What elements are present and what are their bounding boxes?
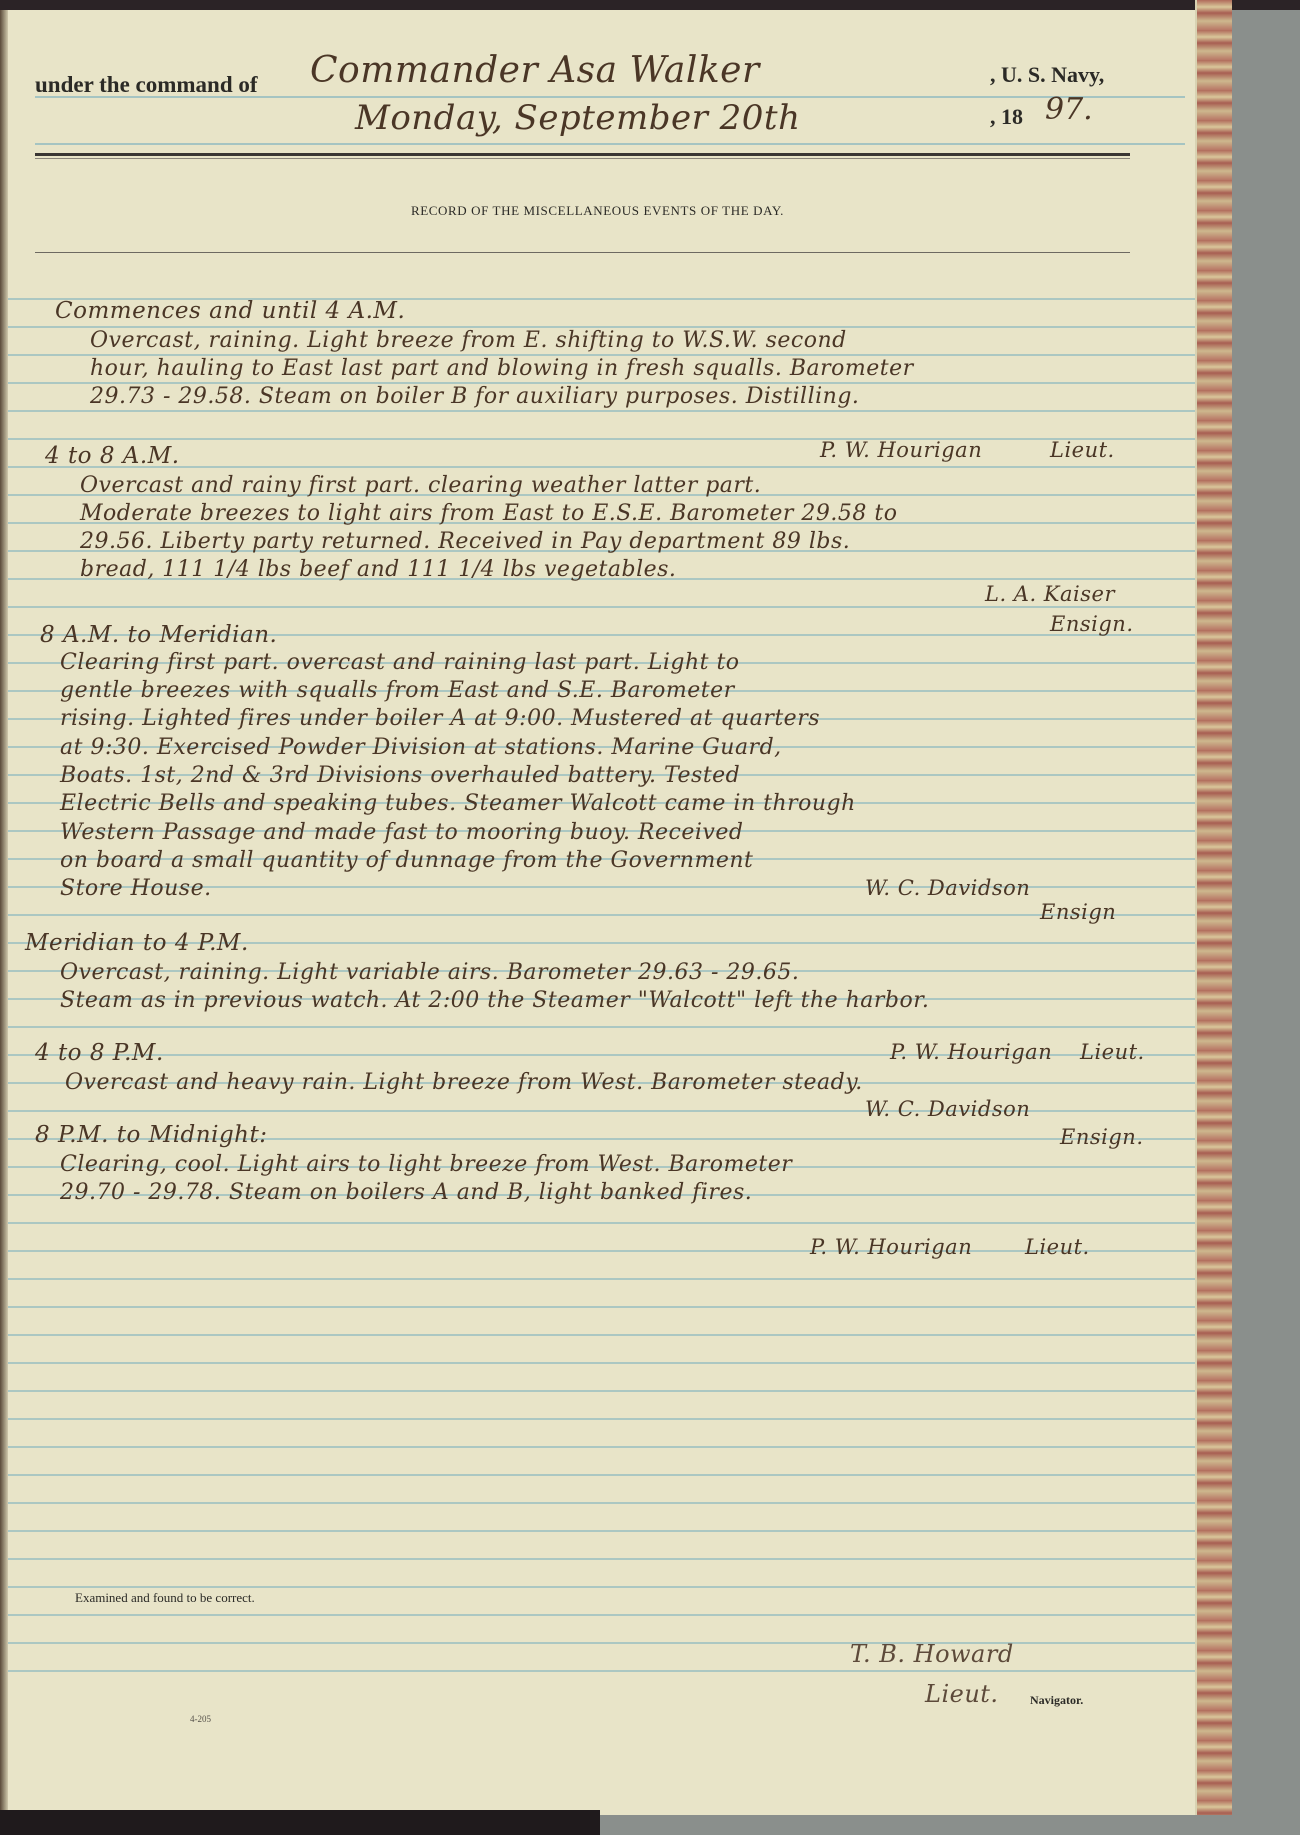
log-line: Western Passage and made fast to mooring… bbox=[60, 820, 743, 845]
section-rule bbox=[35, 252, 1130, 253]
officer-signature: W. C. Davidson bbox=[865, 1097, 1030, 1121]
log-line: Clearing first part. overcast and rainin… bbox=[60, 650, 740, 675]
section-title: RECORD OF THE MISCELLANEOUS EVENTS OF TH… bbox=[0, 203, 1195, 219]
log-line: Overcast, raining. Light variable airs. … bbox=[60, 960, 799, 985]
marbled-page-edge bbox=[1195, 0, 1232, 1815]
service-label: , U. S. Navy, bbox=[990, 62, 1104, 88]
year-suffix: 97. bbox=[1045, 92, 1093, 127]
header-double-rule bbox=[35, 153, 1130, 159]
examined-label: Examined and found to be correct. bbox=[75, 1590, 255, 1606]
watch-heading: Meridian to 4 P.M. bbox=[25, 930, 249, 956]
page-footer-area bbox=[0, 1690, 1195, 1815]
officer-rank: Ensign. bbox=[1060, 1125, 1144, 1149]
log-line: Clearing, cool. Light airs to light bree… bbox=[60, 1152, 792, 1177]
log-line: Moderate breezes to light airs from East… bbox=[80, 501, 897, 526]
book-cover-edge bbox=[0, 0, 1300, 10]
log-line: Overcast, raining. Light breeze from E. … bbox=[90, 328, 847, 353]
log-line: gentle breezes with squalls from East an… bbox=[60, 678, 735, 703]
commander-name: Commander Asa Walker bbox=[310, 50, 760, 91]
officer-rank: Lieut. bbox=[1025, 1235, 1090, 1259]
officer-rank: Lieut. bbox=[1050, 438, 1115, 462]
log-line: Boats. 1st, 2nd & 3rd Divisions overhaul… bbox=[60, 763, 740, 788]
officer-signature: W. C. Davidson bbox=[865, 876, 1030, 900]
officer-signature: P. W. Hourigan bbox=[890, 1040, 1052, 1064]
log-line: hour, hauling to East last part and blow… bbox=[90, 356, 914, 381]
year-prefix: , 18 bbox=[990, 104, 1023, 130]
log-line: Overcast and heavy rain. Light breeze fr… bbox=[65, 1070, 863, 1095]
log-line: Steam as in previous watch. At 2:00 the … bbox=[60, 988, 929, 1013]
officer-signature: P. W. Hourigan bbox=[820, 438, 982, 462]
ruled-line bbox=[35, 143, 1185, 145]
officer-signature: L. A. Kaiser bbox=[985, 582, 1115, 606]
log-line: 29.56. Liberty party returned. Received … bbox=[80, 529, 850, 554]
log-line: at 9:30. Exercised Powder Division at st… bbox=[60, 735, 782, 760]
command-label: under the command of bbox=[35, 72, 258, 98]
log-line: bread, 111 1/4 lbs beef and 111 1/4 lbs … bbox=[80, 557, 676, 582]
officer-rank: Ensign bbox=[1040, 900, 1116, 924]
form-number: 4-205 bbox=[190, 1714, 211, 1724]
navigator-rank: Lieut. bbox=[925, 1680, 999, 1708]
watch-heading: 8 A.M. to Meridian. bbox=[40, 622, 277, 648]
log-line: on board a small quantity of dunnage fro… bbox=[60, 848, 753, 873]
navigator-label: Navigator. bbox=[1030, 1693, 1083, 1708]
officer-rank: Lieut. bbox=[1080, 1040, 1145, 1064]
log-line: Store House. bbox=[60, 876, 212, 901]
book-gutter bbox=[0, 10, 8, 1815]
navigator-signature: T. B. Howard bbox=[850, 1640, 1014, 1668]
watch-heading: 4 to 8 A.M. bbox=[45, 443, 180, 469]
officer-rank: Ensign. bbox=[1050, 612, 1134, 636]
page-header-area bbox=[0, 0, 1195, 290]
log-date: Monday, September 20th bbox=[355, 98, 801, 138]
log-line: 29.70 - 29.78. Steam on boilers A and B,… bbox=[60, 1180, 752, 1205]
watch-heading: 4 to 8 P.M. bbox=[35, 1040, 164, 1066]
watch-heading: 8 P.M. to Midnight: bbox=[35, 1122, 267, 1148]
watch-heading: Commences and until 4 A.M. bbox=[55, 298, 405, 324]
book-binding-shadow bbox=[0, 1810, 600, 1835]
log-line: 29.73 - 29.58. Steam on boiler B for aux… bbox=[90, 384, 859, 409]
log-line: rising. Lighted fires under boiler A at … bbox=[60, 706, 820, 731]
log-line: Electric Bells and speaking tubes. Steam… bbox=[60, 791, 856, 816]
log-line: Overcast and rainy first part. clearing … bbox=[80, 473, 761, 498]
officer-signature: P. W. Hourigan bbox=[810, 1235, 972, 1259]
